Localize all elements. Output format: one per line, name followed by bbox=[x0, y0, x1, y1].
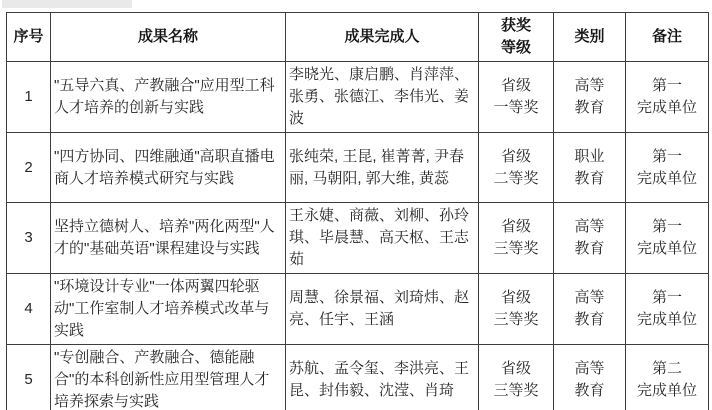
cell-authors: 张纯荣, 王昆, 崔菁菁, 尹春丽, 马朝阳, 郭大维, 黄蕊 bbox=[286, 133, 479, 203]
cell-title: "五导六真、产教融合"应用型工科人才培养的创新与实践 bbox=[51, 62, 286, 133]
cell-award: 省级 三等奖 bbox=[479, 345, 554, 410]
cell-note: 第一 完成单位 bbox=[626, 133, 709, 203]
col-header-authors: 成果完成人 bbox=[286, 13, 479, 62]
cell-no: 1 bbox=[7, 62, 51, 133]
cell-title: 坚持立德树人、培养"两化两型"人才的"基础英语"课程建设与实践 bbox=[51, 203, 286, 274]
cell-note: 第一 完成单位 bbox=[626, 274, 709, 345]
cell-no: 2 bbox=[7, 133, 51, 203]
cell-category: 职业 教育 bbox=[554, 133, 626, 203]
col-header-note: 备注 bbox=[626, 13, 709, 62]
cell-category: 高等 教育 bbox=[554, 274, 626, 345]
cell-category: 高等 教育 bbox=[554, 62, 626, 133]
col-header-award: 获奖 等级 bbox=[479, 13, 554, 62]
cell-award: 省级 二等奖 bbox=[479, 133, 554, 203]
table-row: 3 坚持立德树人、培养"两化两型"人才的"基础英语"课程建设与实践 王永婕、商薇… bbox=[7, 203, 709, 274]
cell-authors: 李晓光、康启鹏、肖萍萍、张勇、张德江、李伟光、姜波 bbox=[286, 62, 479, 133]
cell-note: 第一 完成单位 bbox=[626, 203, 709, 274]
cell-award: 省级 三等奖 bbox=[479, 203, 554, 274]
col-header-title: 成果名称 bbox=[51, 13, 286, 62]
col-header-category: 类别 bbox=[554, 13, 626, 62]
cell-authors: 王永婕、商薇、刘柳、孙玲琪、毕晨慧、高天枢、王志茹 bbox=[286, 203, 479, 274]
table-row: 1 "五导六真、产教融合"应用型工科人才培养的创新与实践 李晓光、康启鹏、肖萍萍… bbox=[7, 62, 709, 133]
scan-artifact-bar bbox=[2, 0, 132, 8]
cell-note: 第一 完成单位 bbox=[626, 62, 709, 133]
cell-category: 高等 教育 bbox=[554, 203, 626, 274]
cell-award: 省级 一等奖 bbox=[479, 62, 554, 133]
cell-award: 省级 三等奖 bbox=[479, 274, 554, 345]
cell-title: "专创融合、产教融合、德能融合"的本科创新性应用型管理人才培养探索与实践 bbox=[51, 345, 286, 410]
header-row: 序号 成果名称 成果完成人 获奖 等级 类别 备注 bbox=[7, 13, 709, 62]
cell-authors: 苏航、孟令玺、李洪亮、王昆、封伟毅、沈滢、肖琦 bbox=[286, 345, 479, 410]
awards-table: 序号 成果名称 成果完成人 获奖 等级 类别 备注 1 "五导六真、产教融合"应… bbox=[6, 12, 709, 410]
table-row: 4 "环境设计专业"一体两翼四轮驱动"工作室制人才培养模式改革与实践 周慧、徐景… bbox=[7, 274, 709, 345]
table-row: 2 "四方协同、四维融通"高职直播电商人才培养模式研究与实践 张纯荣, 王昆, … bbox=[7, 133, 709, 203]
cell-note: 第二 完成单位 bbox=[626, 345, 709, 410]
cell-no: 5 bbox=[7, 345, 51, 410]
cell-title: "四方协同、四维融通"高职直播电商人才培养模式研究与实践 bbox=[51, 133, 286, 203]
col-header-no: 序号 bbox=[7, 13, 51, 62]
cell-no: 4 bbox=[7, 274, 51, 345]
cell-authors: 周慧、徐景福、刘琦炜、赵亮、任宇、王涵 bbox=[286, 274, 479, 345]
cell-no: 3 bbox=[7, 203, 51, 274]
table-row: 5 "专创融合、产教融合、德能融合"的本科创新性应用型管理人才培养探索与实践 苏… bbox=[7, 345, 709, 410]
cell-category: 高等 教育 bbox=[554, 345, 626, 410]
cell-title: "环境设计专业"一体两翼四轮驱动"工作室制人才培养模式改革与实践 bbox=[51, 274, 286, 345]
